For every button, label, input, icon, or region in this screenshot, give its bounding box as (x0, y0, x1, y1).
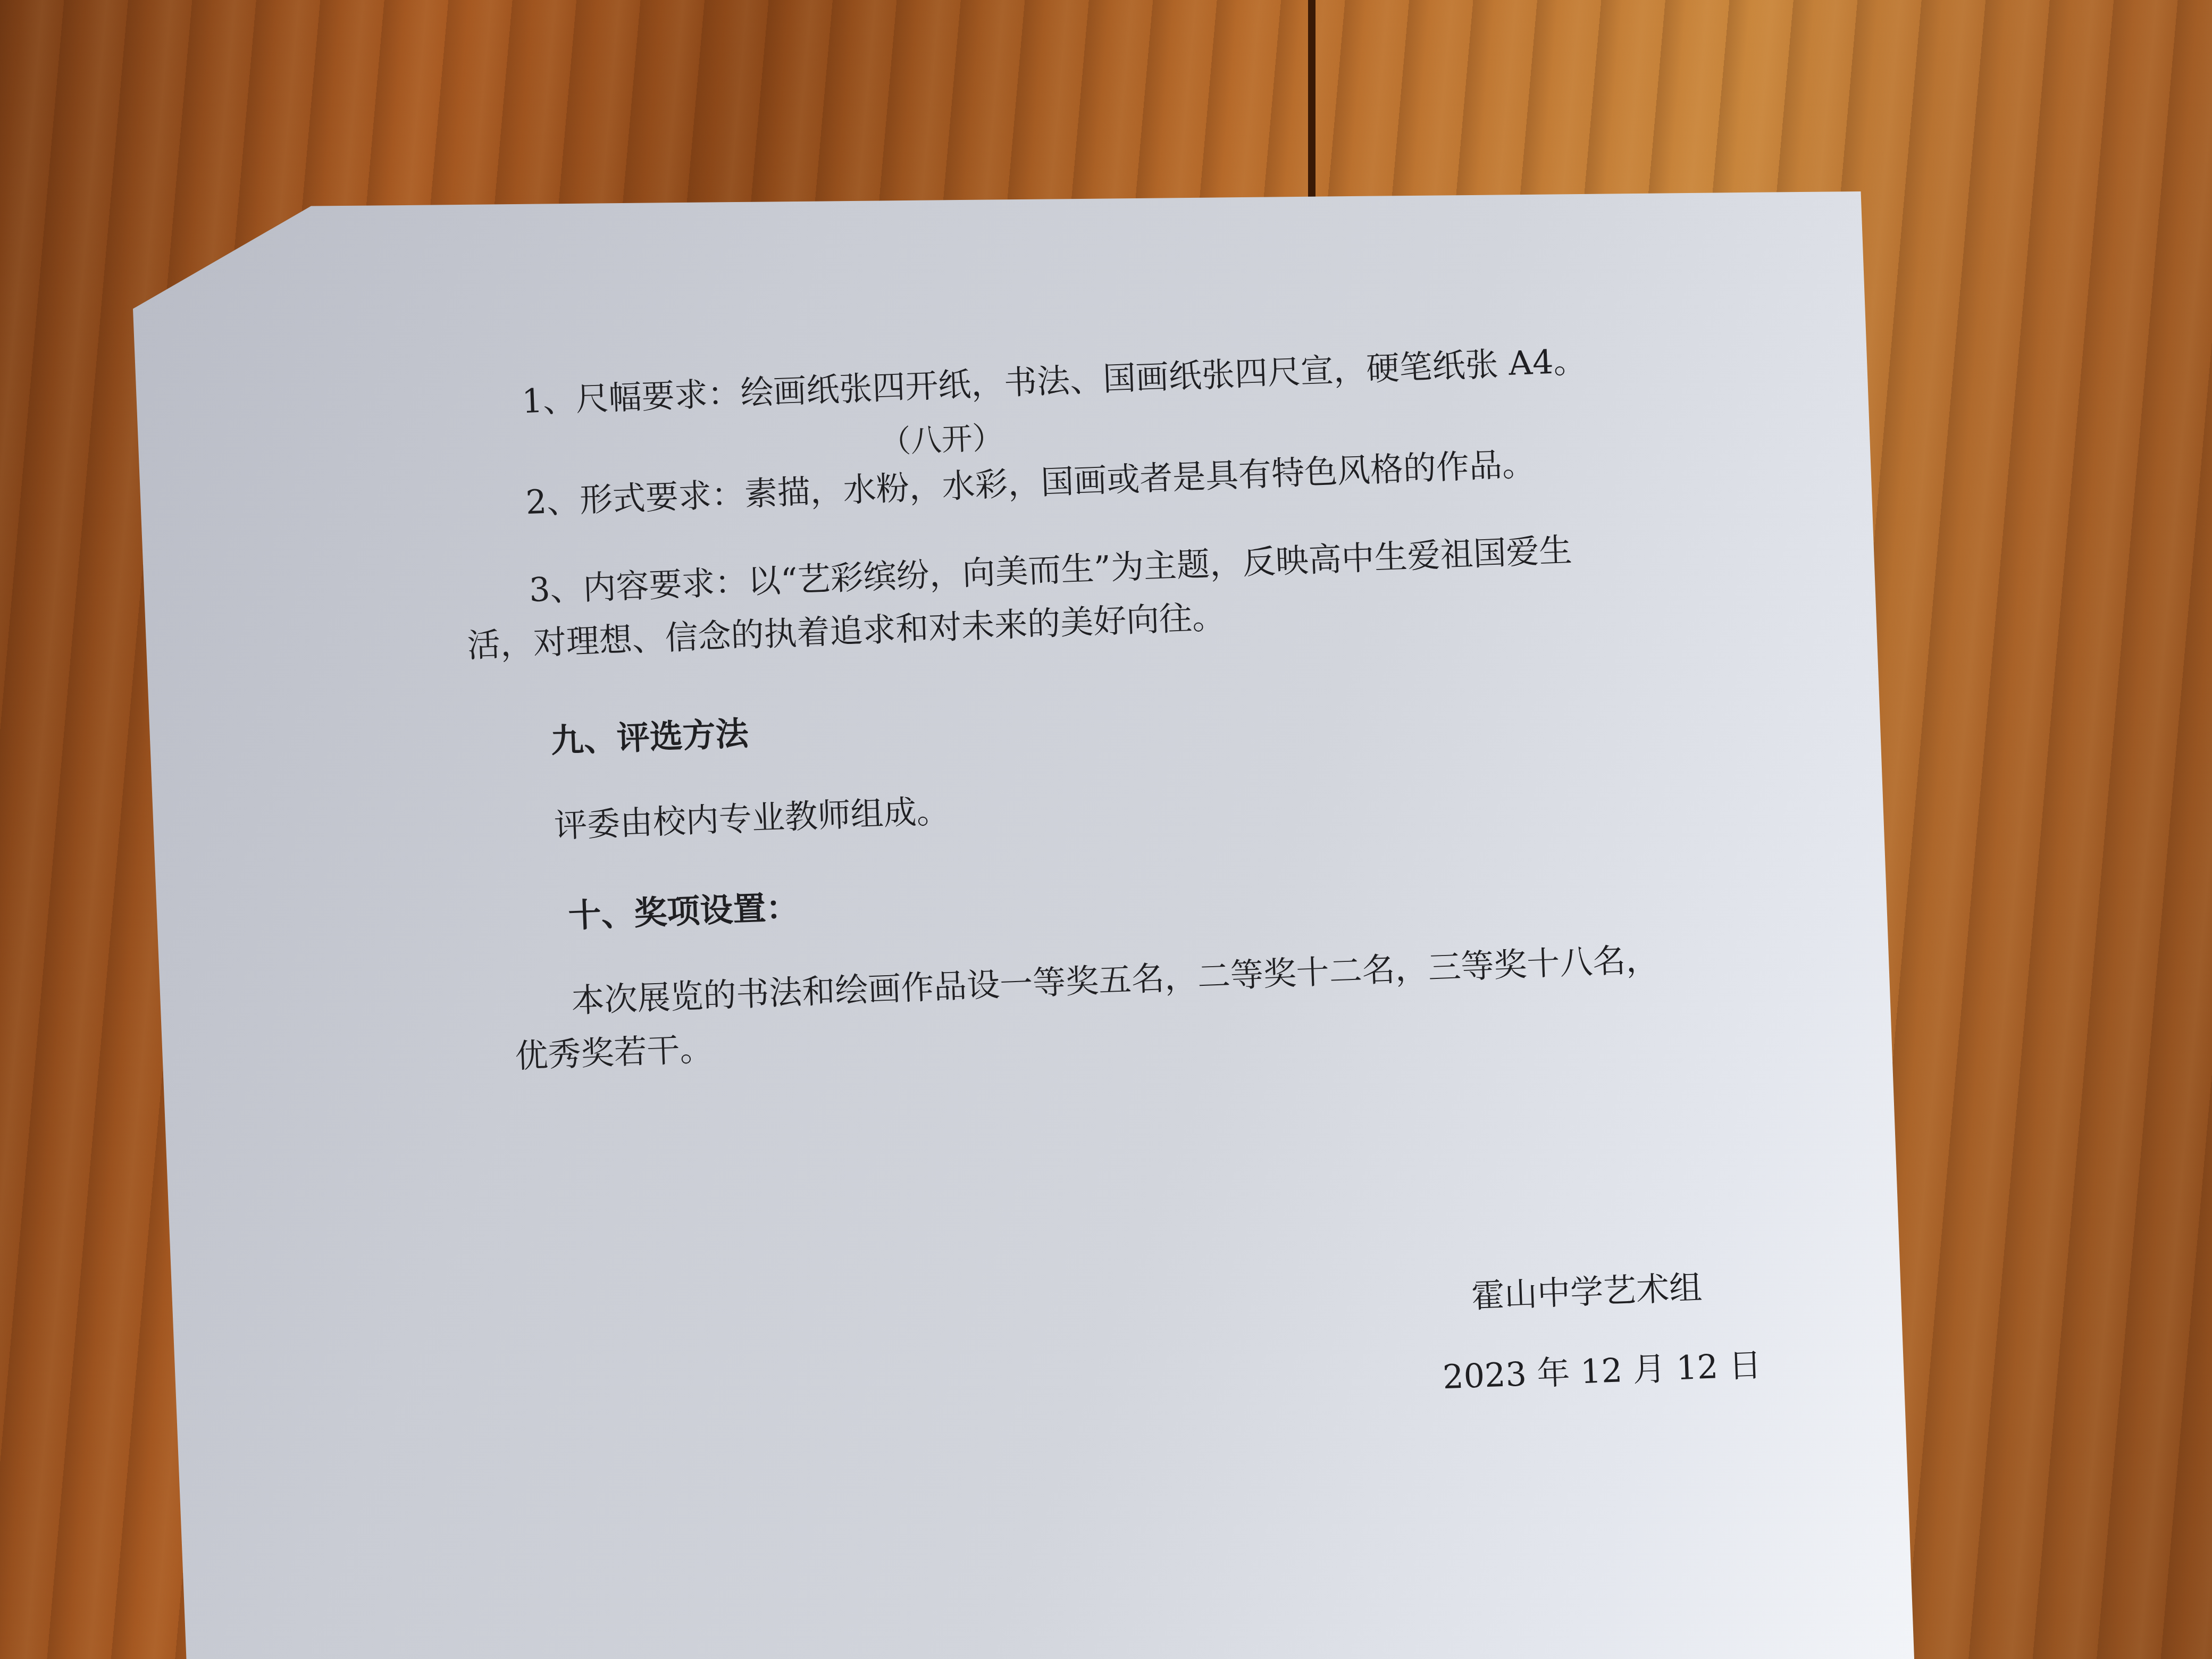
section-9-heading: 九、评选方法 (550, 712, 749, 763)
plank-seam (1308, 0, 1316, 202)
signature: 霍山中学艺术组 (1471, 1266, 1703, 1318)
section-10-continuation: 优秀奖若干。 (514, 1028, 714, 1078)
paper-sheet (133, 191, 1914, 1659)
section-10-heading: 十、奖项设置： (567, 886, 800, 937)
handwritten-note: （八开） (879, 418, 1004, 463)
